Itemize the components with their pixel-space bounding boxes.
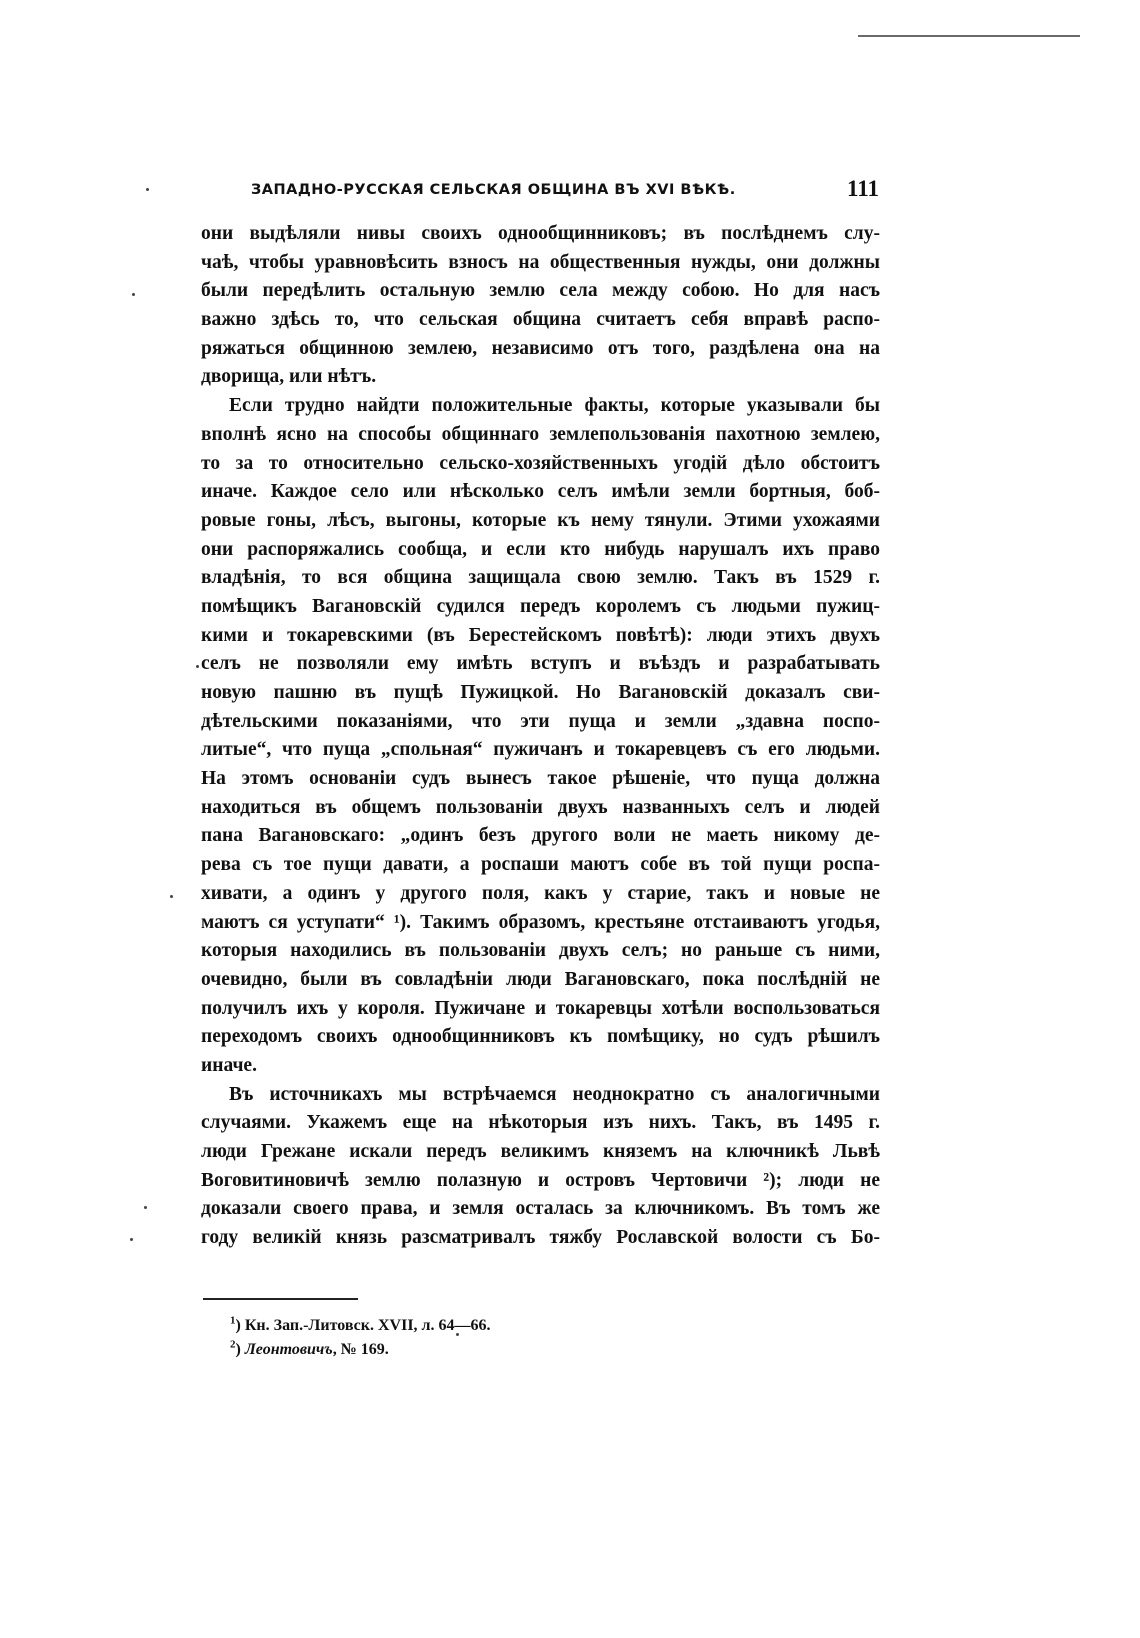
text-line: На этомъ основаніи судъ вынесъ такое рѣш… [201, 765, 880, 794]
text-line: доказали своего права, и земля осталась … [201, 1195, 880, 1224]
scan-speck [196, 665, 199, 668]
text-line: году великій князь разсматривалъ тяжбу Р… [201, 1224, 880, 1253]
running-title: ЗАПАДНО-РУССКАЯ СЕЛЬСКАЯ ОБЩИНА ВЪ XVI В… [251, 182, 736, 198]
footnote-2: 2) Леонтовичъ, № 169. [230, 1338, 491, 1362]
text-line: хивати, а одинъ у другого поля, какъ у с… [201, 880, 880, 909]
scan-speck [456, 1333, 459, 1336]
footnote-1: 1) Кн. Зап.-Литовск. XVII, л. 64—66. [230, 1314, 491, 1338]
text-line: новую пашню въ пущѣ Пужицкой. Но Ваганов… [201, 679, 880, 708]
footnote-text: Кн. Зап.-Литовск. XVII, л. 64—66. [245, 1317, 491, 1334]
text-line: вполнѣ ясно на способы общиннаго землепо… [201, 421, 880, 450]
text-line: находиться въ общемъ пользованіи двухъ н… [201, 794, 880, 823]
footnote-text: , № 169. [333, 1341, 389, 1358]
text-line: получилъ ихъ у короля. Пужичане и токаре… [201, 995, 880, 1024]
text-line: важно здѣсь то, что сельская община счит… [201, 306, 880, 335]
text-line: были передѣлить остальную землю села меж… [201, 277, 880, 306]
footnote-mark: 2 [230, 1339, 236, 1351]
text-line: пана Вагановскаго: „одинъ безъ другого в… [201, 822, 880, 851]
text-line: они выдѣляли нивы своихъ однообщинниковъ… [201, 220, 880, 249]
text-line: они распоряжались сообща, и если кто ниб… [201, 536, 880, 565]
text-line: рева съ тое пущи давати, а роспаши маютъ… [201, 851, 880, 880]
footnote-author: Леонтовичъ [245, 1341, 333, 1358]
paragraph-start-line: Въ источникахъ мы встрѣчаемся неоднократ… [201, 1081, 880, 1110]
scan-speck [144, 1206, 147, 1209]
text-line: селъ не позволяли ему имѣть вступъ и въѣ… [201, 650, 880, 679]
text-line: иначе. [201, 1052, 880, 1081]
text-line: владѣнія, то вся община защищала свою зе… [201, 564, 880, 593]
page-number: 111 [847, 176, 879, 202]
scan-speck [132, 293, 135, 296]
footnote-separator [203, 1298, 358, 1300]
body-text: они выдѣляли нивы своихъ однообщинниковъ… [201, 220, 880, 1253]
scan-speck [146, 188, 149, 191]
text-line: дѣтельскими показаніями, что эти пуща и … [201, 708, 880, 737]
text-line: ряжаться общинною землею, независимо отъ… [201, 335, 880, 364]
running-head: ЗАПАДНО-РУССКАЯ СЕЛЬСКАЯ ОБЩИНА ВЪ XVI В… [251, 178, 879, 206]
text-line: люди Грежане искали передъ великимъ княз… [201, 1138, 880, 1167]
paragraph-start-line: Если трудно найдти положительные факты, … [201, 392, 880, 421]
text-line: Воговитиновичѣ землю полазную и островъ … [201, 1167, 880, 1196]
text-line: которыя находились въ пользованіи двухъ … [201, 937, 880, 966]
text-line: дворища, или нѣтъ. [201, 363, 880, 392]
text-line: иначе. Каждое село или нѣсколько селъ им… [201, 478, 880, 507]
scan-speck [130, 1238, 133, 1241]
text-line: помѣщикъ Вагановскій судился передъ коро… [201, 593, 880, 622]
text-line: то за то относительно сельско-хозяйствен… [201, 450, 880, 479]
text-line: маютъ ся уступати“ ¹). Такимъ образомъ, … [201, 909, 880, 938]
text-line: переходомъ своихъ однообщинниковъ къ пом… [201, 1023, 880, 1052]
text-line: литые“, что пуща „спольная“ пужичанъ и т… [201, 736, 880, 765]
text-line: кими и токаревскими (въ Берестейскомъ по… [201, 622, 880, 651]
footnote-mark: 1 [230, 1315, 236, 1327]
footnotes: 1) Кн. Зап.-Литовск. XVII, л. 64—66. 2) … [230, 1314, 491, 1362]
text-line: чаѣ, чтобы уравновѣсить взносъ на общест… [201, 249, 880, 278]
scan-speck [170, 895, 173, 898]
text-line: ровые гоны, лѣсъ, выгоны, которые къ нем… [201, 507, 880, 536]
text-line: очевидно, были въ совладѣніи люди Вагано… [201, 966, 880, 995]
scan-edge-rule [858, 35, 1080, 37]
text-line: случаями. Укажемъ еще на нѣкоторыя изъ н… [201, 1109, 880, 1138]
